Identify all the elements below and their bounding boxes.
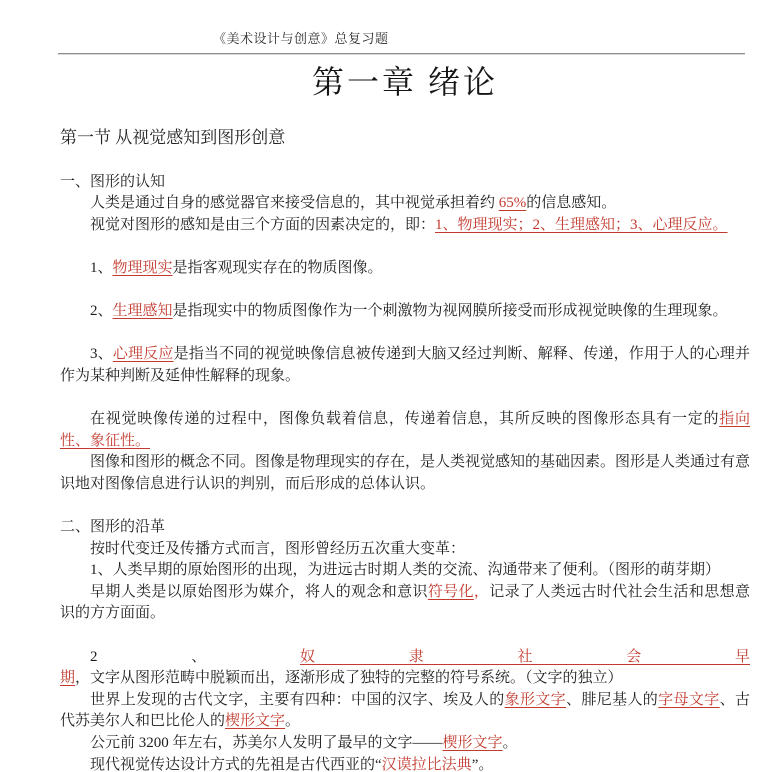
text-run: 、腓尼基人的: [566, 692, 658, 708]
heading-graphic-cognition: 一、图形的认知: [60, 172, 750, 194]
page-header-title: 《美术设计与创意》总复习题: [213, 28, 389, 47]
text-run: 视觉对图形的感知是由三个方面的因素决定的，即：: [90, 217, 435, 233]
text-run: 1、人类早期的原始图形的出现，为进远古时期人类的交流、沟通带来了便利。（图形的萌…: [90, 562, 720, 578]
text-run: 。: [285, 713, 300, 729]
section-title: 第一节 从视觉感知到图形创意: [60, 126, 750, 150]
text-run: 早期人类是以原始图形为媒介，将人的观念和意识: [90, 584, 428, 600]
text-run: 现代视觉传达设计方式的先祖是古代西亚的“: [90, 757, 382, 772]
text-run: 的信息感知。: [526, 195, 616, 211]
text-run: 公元前 3200 年左右，苏美尔人发明了最早的文字——: [90, 735, 443, 751]
text-run: 在视觉映像传递的过程中，图像负载着信息，传递着信息，其所反映的图像形态具有一定的: [90, 411, 719, 427]
header-rule-divider: [58, 53, 745, 55]
highlighted-answer-text: 楔形文字: [443, 735, 503, 751]
para-symbolization: 早期人类是以原始图形为媒介，将人的观念和意识符号化，记录了人类远古时代社会生活和…: [60, 582, 750, 625]
highlighted-answer-text: 心理反应: [113, 346, 174, 362]
para-early-graphics: 1、人类早期的原始图形的出现，为进远古时期人类的交流、沟通带来了便利。（图形的萌…: [60, 560, 750, 582]
document-body: 一、图形的认知人类是通过自身的感觉器官来接受信息的，其中视觉承担着约 65%的信…: [60, 172, 750, 772]
text-run: 1、: [90, 260, 113, 276]
text-run: 按时代变迁及传播方式而言，图形曾经历五次重大变革：: [90, 541, 465, 557]
text-run: ”。: [472, 757, 494, 772]
highlighted-answer-text: 1、物理现实；2、生理感知；3、心理反应。: [435, 217, 728, 233]
para-psychological-reaction: 3、心理反应是指当不同的视觉映像信息被传递到大脑又经过判断、解释、传递，作用于人…: [60, 344, 750, 387]
highlighted-answer-text: 象形文字: [505, 692, 566, 708]
highlighted-answer-text: 65%: [499, 195, 527, 211]
highlighted-answer-text: 生理感知: [113, 303, 173, 319]
highlighted-answer-text: ，: [474, 584, 489, 600]
para-cuneiform-3200bc: 公元前 3200 年左右，苏美尔人发明了最早的文字——楔形文字。: [60, 733, 750, 755]
text-run: 图像和图形的概念不同。图像是物理现实的存在，是人类视觉感知的基础因素。图形是人类…: [60, 454, 750, 492]
text-run: 2、: [90, 303, 113, 319]
para-slave-society: 2、奴隶社会早期，文字从图形范畴中脱颖而出，逐渐形成了独特的完整的符号系统。（文…: [60, 647, 750, 690]
para-hammurabi-code: 现代视觉传达设计方式的先祖是古代西亚的“汉谟拉比法典”。: [60, 755, 750, 772]
document-content: 第一章 绪论 第一节 从视觉感知到图形创意 一、图形的认知人类是通过自身的感觉器…: [60, 58, 750, 772]
document-page: 《美术设计与创意》总复习题 第一章 绪论 第一节 从视觉感知到图形创意 一、图形…: [0, 0, 780, 772]
text-run: 是指客观现实存在的物质图像。: [173, 260, 383, 276]
text-run: 2、: [90, 649, 300, 665]
para-three-factors: 视觉对图形的感知是由三个方面的因素决定的，即：1、物理现实；2、生理感知；3、心…: [60, 215, 750, 237]
text-run: 人类是通过自身的感觉器官来接受信息的，其中视觉承担着约: [90, 195, 499, 211]
highlighted-answer-text: 字母文字: [658, 692, 719, 708]
highlighted-answer-text: 符号化: [428, 584, 474, 600]
text-run: 二、图形的沿革: [60, 519, 165, 535]
text-run: 3、: [90, 346, 113, 362]
para-four-ancient-scripts: 世界上发现的古代文字，主要有四种：中国的汉字、埃及人的象形文字、腓尼基人的字母文…: [60, 690, 750, 733]
text-run: 是指现实中的物质图像作为一个刺激物为视网膜所接受而形成视觉映像的生理现象。: [173, 303, 728, 319]
text-run: ，文字从图形范畴中脱颖而出，逐渐形成了独特的完整的符号系统。（文字的独立）: [75, 670, 623, 686]
text-run: 一、图形的认知: [60, 174, 165, 190]
para-image-transmission: 在视觉映像传递的过程中，图像负载着信息，传递着信息，其所反映的图像形态具有一定的…: [60, 409, 750, 452]
chapter-title: 第一章 绪论: [60, 58, 750, 106]
heading-graphic-evolution: 二、图形的沿革: [60, 517, 750, 539]
para-five-changes: 按时代变迁及传播方式而言，图形曾经历五次重大变革：: [60, 539, 750, 561]
highlighted-answer-text: 物理现实: [113, 260, 173, 276]
para-perception-65-percent: 人类是通过自身的感觉器官来接受信息的，其中视觉承担着约 65%的信息感知。: [60, 193, 750, 215]
para-physical-reality: 1、物理现实是指客观现实存在的物质图像。: [60, 258, 750, 280]
highlighted-answer-text: 汉谟拉比法典: [382, 757, 472, 772]
para-physiological-perception: 2、生理感知是指现实中的物质图像作为一个刺激物为视网膜所接受而形成视觉映像的生理…: [60, 301, 750, 323]
text-run: 世界上发现的古代文字，主要有四种：中国的汉字、埃及人的: [90, 692, 505, 708]
para-image-vs-graphic: 图像和图形的概念不同。图像是物理现实的存在，是人类视觉感知的基础因素。图形是人类…: [60, 452, 750, 495]
text-run: 。: [503, 735, 518, 751]
highlighted-answer-text: 楔形文字: [225, 713, 285, 729]
